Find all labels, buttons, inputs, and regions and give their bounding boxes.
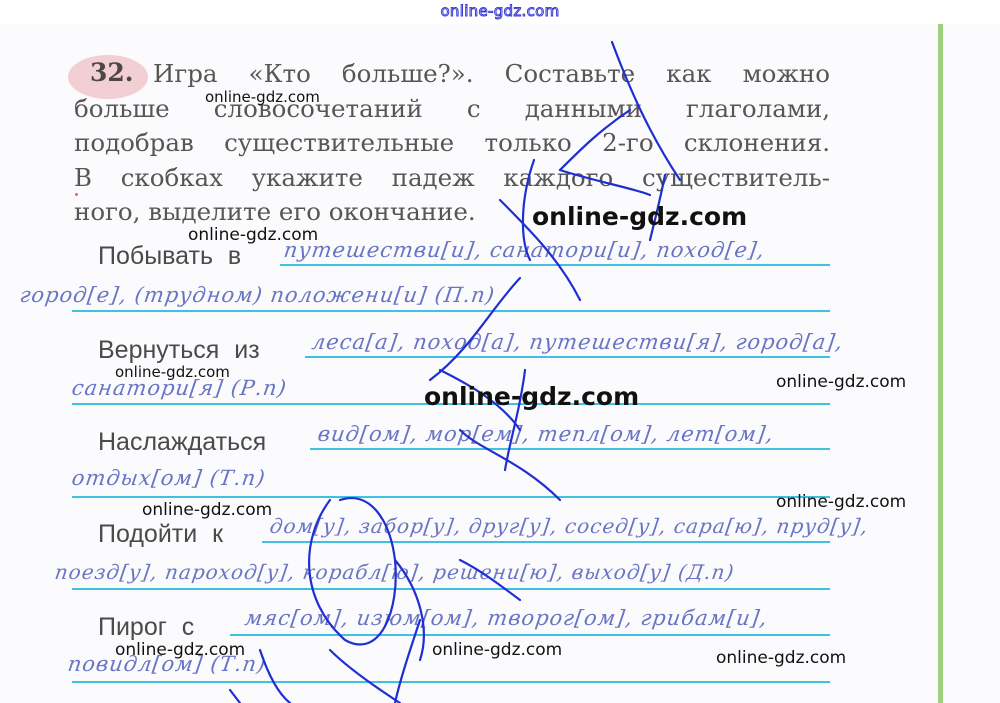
handwritten-answer: мяс[ом], изюм[ом], творог[ом], грибам[и]… bbox=[243, 606, 769, 630]
watermark: online-gdz.com bbox=[776, 372, 906, 392]
watermark: online-gdz.com bbox=[532, 202, 747, 231]
verb-podoyti: Подойти к bbox=[98, 520, 223, 549]
answer-line bbox=[72, 681, 830, 683]
handwritten-answer: вид[ом], мор[ем], тепл[ом], лет[ом], bbox=[316, 422, 775, 446]
handwritten-answer: город[е], (трудном) положени[и] (П.п) bbox=[18, 283, 496, 307]
instruction-line: В скобках укажите падеж каждого существи… bbox=[74, 161, 830, 196]
watermark: online-gdz.com bbox=[716, 648, 846, 668]
answer-line bbox=[280, 264, 830, 266]
handwritten-answer: дом[у], забор[у], друг[у], сосед[у], сар… bbox=[268, 514, 870, 538]
watermark: online-gdz.com bbox=[188, 225, 318, 245]
instruction-line: подобрав существительные только 2-го скл… bbox=[74, 126, 830, 161]
answer-line bbox=[230, 634, 830, 636]
answer-line bbox=[72, 496, 830, 498]
instruction-line: больше словосочетаний с данными глаголам… bbox=[74, 92, 830, 127]
handwritten-answer: путешестви[и], санатори[и], поход[е], bbox=[282, 238, 766, 262]
watermark: online-gdz.com bbox=[432, 640, 562, 660]
handwritten-answer: отдых[ом] (Т.п) bbox=[70, 466, 267, 490]
instruction-line: Игра «Кто больше?». Составьте как можно bbox=[74, 57, 830, 92]
verb-naslazhdatsya: Наслаждаться bbox=[98, 428, 266, 457]
verb-vernutsya: Вернуться из bbox=[98, 336, 260, 365]
answer-line bbox=[262, 541, 830, 543]
verb-pobyvat: Побывать в bbox=[98, 242, 241, 271]
handwritten-answer: леса[а], поход[а], путешестви[я], город[… bbox=[310, 330, 845, 354]
answer-line bbox=[72, 310, 830, 312]
watermark: online-gdz.com bbox=[205, 88, 320, 106]
header-watermark: online-gdz.com bbox=[0, 2, 1000, 20]
answer-line bbox=[72, 588, 830, 590]
verb-pirog: Пирог с bbox=[98, 613, 194, 642]
page-margin-line bbox=[938, 24, 943, 703]
ink-dot bbox=[75, 193, 78, 196]
answer-line bbox=[310, 448, 830, 450]
handwritten-answer: поезд[у], пароход[у], корабл[ю], решени[… bbox=[53, 560, 736, 584]
watermark: online-gdz.com bbox=[142, 500, 272, 520]
watermark: online-gdz.com bbox=[115, 640, 245, 660]
watermark: online-gdz.com bbox=[115, 363, 230, 381]
watermark: online-gdz.com bbox=[776, 492, 906, 512]
watermark: online-gdz.com bbox=[424, 382, 639, 411]
answer-line bbox=[305, 356, 830, 358]
